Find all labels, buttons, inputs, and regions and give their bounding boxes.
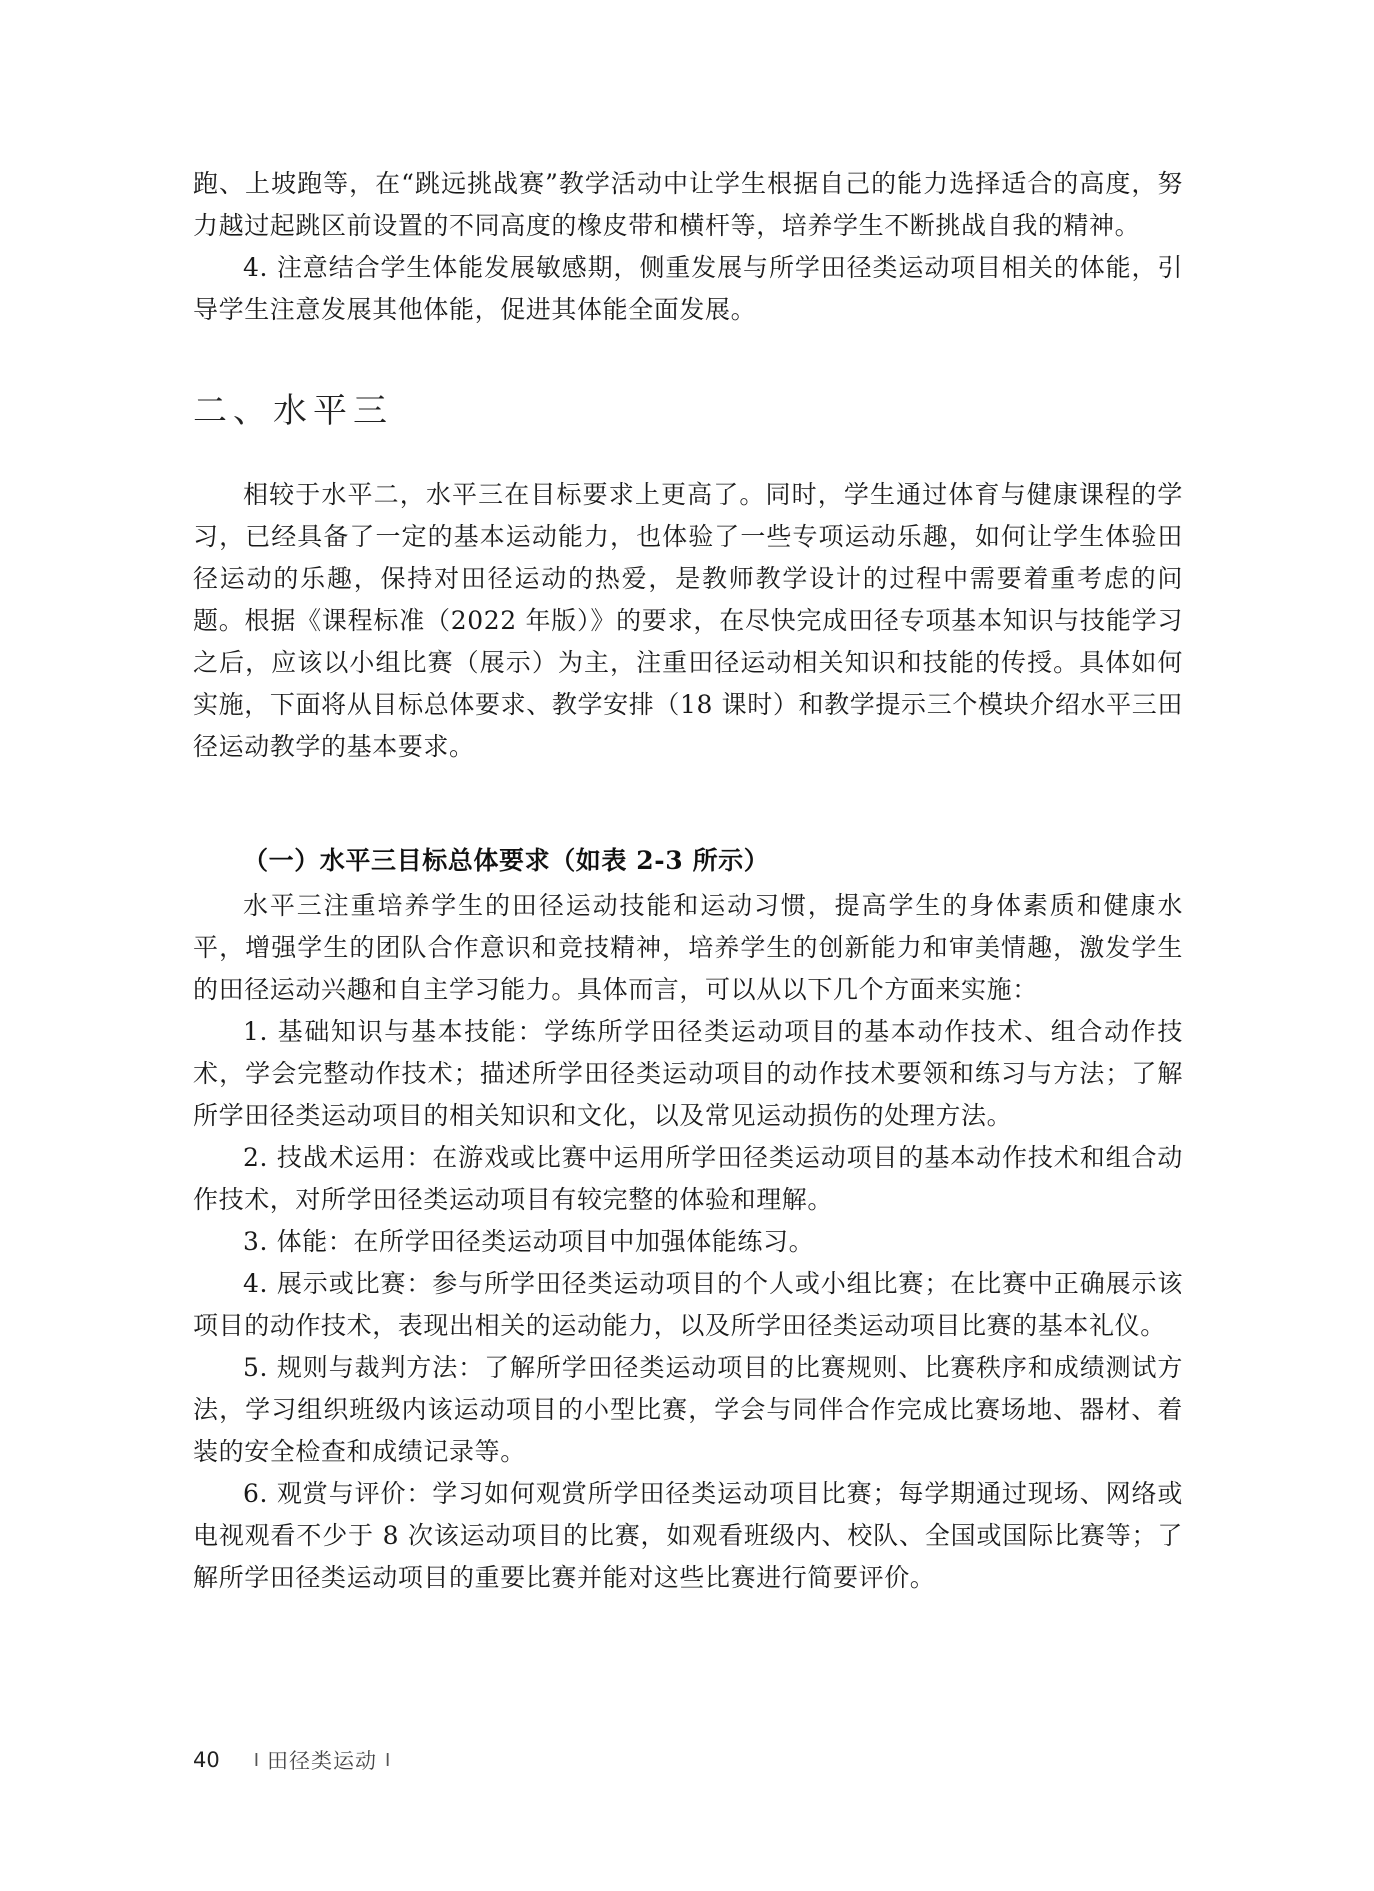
footer-trailing-separator: I [385, 1750, 390, 1771]
continued-text-block: 跑、上坡跑等，在“跳远挑战赛”教学活动中让学生根据自己的能力选择适合的高度，努力… [193, 163, 1183, 331]
paragraph-continued: 跑、上坡跑等，在“跳远挑战赛”教学活动中让学生根据自己的能力选择适合的高度，努力… [193, 163, 1183, 247]
paragraph-point-4: 4. 注意结合学生体能发展敏感期，侧重发展与所学田径类运动项目相关的体能，引导学… [193, 247, 1183, 331]
list-item-viewing-evaluation: 6. 观赏与评价：学习如何观赏所学田径类运动项目比赛；每学期通过现场、网络或电视… [193, 1473, 1183, 1599]
footer-separator: I [254, 1750, 259, 1771]
list-item-competition: 4. 展示或比赛：参与所学田径类运动项目的个人或小组比赛；在比赛中正确展示该项目… [193, 1263, 1183, 1347]
list-item-basic-knowledge: 1. 基础知识与基本技能：学练所学田径类运动项目的基本动作技术、组合动作技术，学… [193, 1011, 1183, 1137]
list-item-fitness: 3. 体能：在所学田径类运动项目中加强体能练习。 [193, 1221, 1183, 1263]
list-item-rules-refereeing: 5. 规则与裁判方法：了解所学田径类运动项目的比赛规则、比赛秩序和成绩测试方法，… [193, 1347, 1183, 1473]
section-intro-block: 相较于水平二，水平三在目标要求上更高了。同时，学生通过体育与健康课程的学习，已经… [193, 474, 1183, 768]
running-title: 田径类运动 [267, 1745, 377, 1775]
list-item-tactics: 2. 技战术运用：在游戏或比赛中运用所学田径类运动项目的基本动作技术和组合动作技… [193, 1137, 1183, 1221]
page-number: 40 [193, 1748, 220, 1772]
subsection-intro-paragraph: 水平三注重培养学生的田径运动技能和运动习惯，提高学生的身体素质和健康水平，增强学… [193, 885, 1183, 1011]
section-title: 二、水平三 [193, 383, 393, 432]
subsection-heading: （一）水平三目标总体要求（如表 2-3 所示） [243, 841, 769, 877]
section-intro-paragraph: 相较于水平二，水平三在目标要求上更高了。同时，学生通过体育与健康课程的学习，已经… [193, 474, 1183, 768]
page-footer: 40 I 田径类运动 I [193, 1745, 398, 1775]
subsection-body: 水平三注重培养学生的田径运动技能和运动习惯，提高学生的身体素质和健康水平，增强学… [193, 885, 1183, 1599]
